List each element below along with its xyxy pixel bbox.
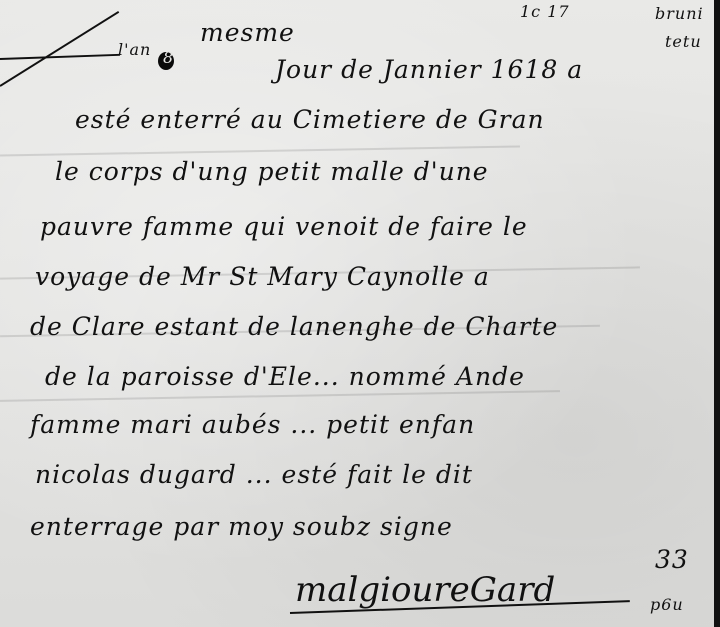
margin-entry: l'an <box>118 40 151 59</box>
day-number: 8 <box>163 48 174 67</box>
line-4: pauvre famme qui venoit de faire le <box>40 212 528 241</box>
top-right-note-2: tetu <box>665 32 702 51</box>
signature-suffix: p6u <box>650 595 684 614</box>
bleed-through-line <box>0 145 520 156</box>
top-right-note-1: bruni <box>655 4 704 23</box>
line-5: voyage de Mr St Mary Caynolle a <box>35 262 490 291</box>
manuscript-page: l'an 8 mesme 1c 17 bruni tetu Jour de Ja… <box>0 0 720 627</box>
page-edge-shadow <box>714 0 720 627</box>
line-7: de la paroisse d'Ele... nommé Ande <box>45 362 525 391</box>
line-3: le corps d'ung petit malle d'une <box>55 157 489 186</box>
margin-stroke <box>0 11 119 87</box>
line-1: Jour de Jannier 1618 a <box>275 55 583 84</box>
line-9: nicolas dugard ... esté fait le dit <box>35 460 473 489</box>
line-10: enterrage par moy soubz signe <box>30 512 453 541</box>
line-8: famme mari aubés ... petit enfan <box>30 410 475 439</box>
line-6: de Clare estant de lanenghe de Charte <box>30 312 558 341</box>
page-number: 33 <box>655 545 689 574</box>
bleed-through-line <box>0 390 560 402</box>
top-numbers: 1c 17 <box>520 2 570 21</box>
margin-stroke <box>0 54 120 60</box>
line-2: esté enterré au Cimetiere de Gran <box>75 105 545 134</box>
margin-note: mesme <box>200 18 295 47</box>
